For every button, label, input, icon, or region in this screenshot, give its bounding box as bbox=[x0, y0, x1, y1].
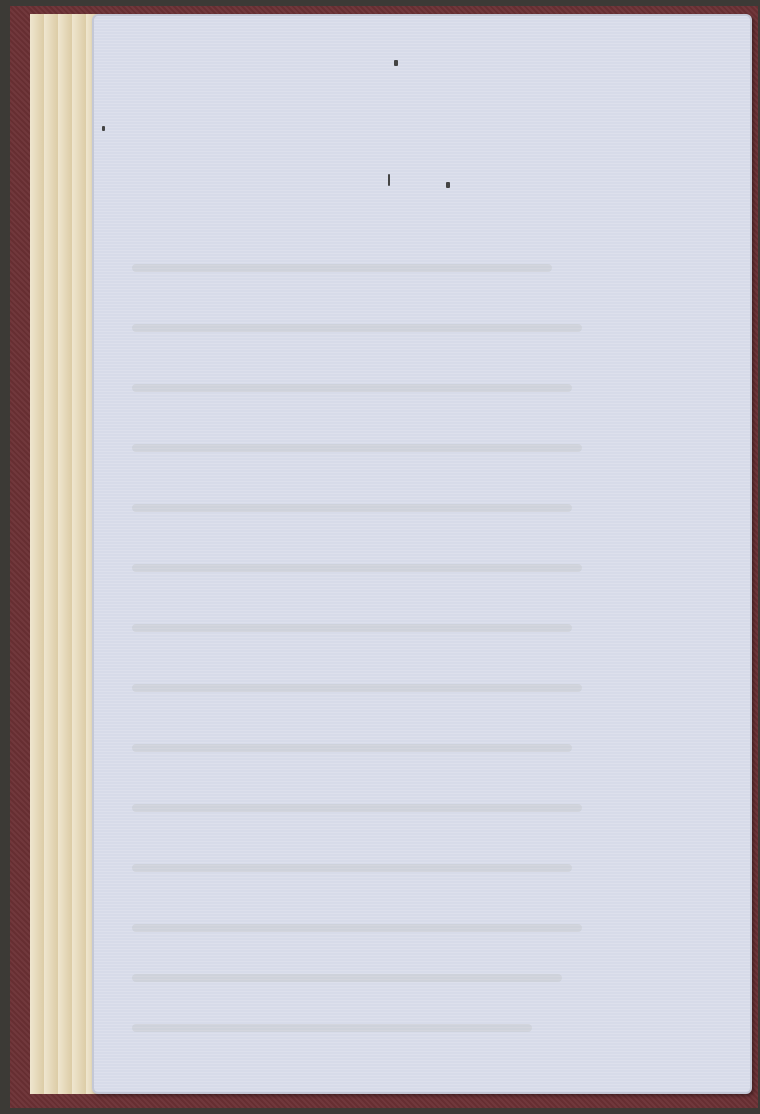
leaf-edge bbox=[72, 14, 87, 1094]
bleed-through-line bbox=[132, 974, 562, 982]
leaf-edge bbox=[58, 14, 73, 1094]
bleed-through-line bbox=[132, 924, 582, 932]
bleed-through-line bbox=[132, 804, 582, 812]
bleed-through-line bbox=[132, 864, 572, 872]
bleed-through-line bbox=[132, 324, 582, 332]
bleed-through-line bbox=[132, 264, 552, 272]
bleed-through-line bbox=[132, 444, 582, 452]
ink-spot bbox=[446, 182, 450, 188]
bleed-through-line bbox=[132, 744, 572, 752]
bleed-through-line bbox=[132, 684, 582, 692]
image-description: Scanned blank manuscript page with faint… bbox=[92, 14, 93, 15]
bleed-through-line bbox=[132, 564, 582, 572]
ink-spot bbox=[102, 126, 105, 131]
bleed-through-line bbox=[132, 504, 572, 512]
ink-mark bbox=[388, 174, 390, 186]
bleed-through-line bbox=[132, 1024, 532, 1032]
leaf-edge bbox=[44, 14, 59, 1094]
leaf-edge bbox=[30, 14, 45, 1094]
ink-spot bbox=[394, 60, 398, 66]
bleed-through-line bbox=[132, 624, 572, 632]
bleed-through-line bbox=[132, 384, 572, 392]
manuscript-page: Scanned blank manuscript page with faint… bbox=[92, 14, 752, 1094]
